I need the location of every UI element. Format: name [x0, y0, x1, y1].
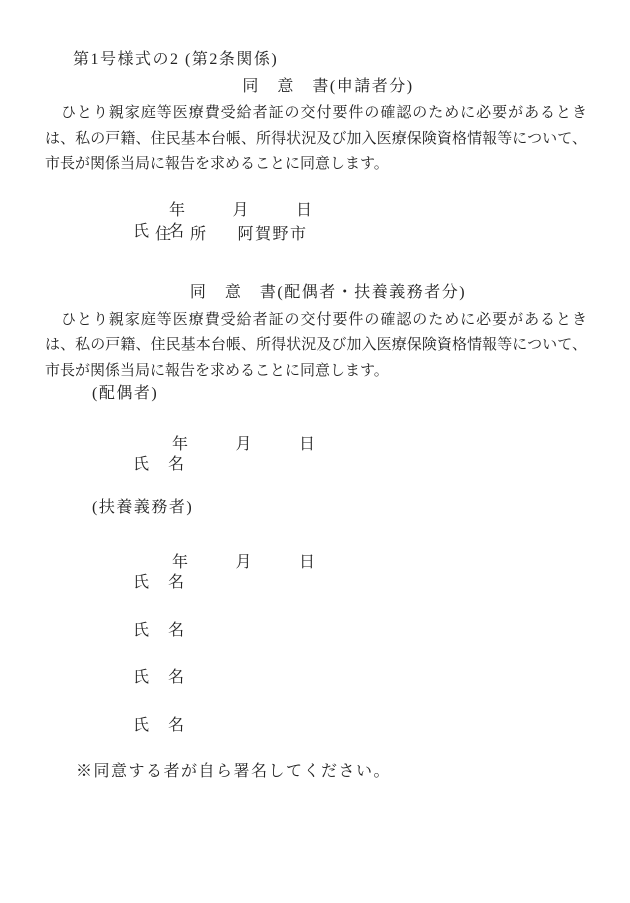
address-value: 阿賀野市 — [238, 226, 308, 243]
dependent-name-label-1: 氏 名 — [133, 570, 186, 596]
applicant-body-line-1: ひとり親家庭等医療費受給者証の交付要件の確認のために必要があるとき — [45, 100, 587, 126]
dependents-heading: (扶養義務者) — [92, 495, 193, 521]
family-section-title: 同 意 書(配偶者・扶養義務者分) — [0, 280, 630, 306]
dependent-name-label-2: 氏 名 — [133, 618, 186, 644]
spouse-heading: (配偶者) — [92, 381, 158, 407]
day-label: 日 — [299, 554, 317, 571]
applicant-body-line-2: は、私の戸籍、住民基本台帳、所得状況及び加入医療保険資格情報等について、 — [45, 126, 587, 152]
year-label: 年 — [172, 554, 190, 571]
applicant-name-label: 氏 名 — [133, 219, 186, 245]
consent-form-page: 第1号様式の2 (第2条関係) 同 意 書(申請者分) ひとり親家庭等医療費受給… — [0, 0, 630, 903]
dependent-name-label-4: 氏 名 — [133, 713, 186, 739]
day-label: 日 — [299, 436, 317, 453]
family-body-line-1: ひとり親家庭等医療費受給者証の交付要件の確認のために必要があるとき — [45, 307, 587, 333]
family-body-line-2: は、私の戸籍、住民基本台帳、所得状況及び加入医療保険資格情報等について、 — [45, 332, 587, 358]
year-label: 年 — [172, 436, 190, 453]
month-label: 月 — [236, 554, 254, 571]
applicant-body-line-3: 市長が関係当局に報告を求めることに同意します。 — [45, 151, 587, 177]
dependent-name-label-3: 氏 名 — [133, 665, 186, 691]
applicant-section-title: 同 意 書(申請者分) — [0, 74, 630, 100]
form-number: 第1号様式の2 (第2条関係) — [73, 47, 278, 73]
month-label: 月 — [236, 436, 254, 453]
signature-footnote: ※同意する者が自ら署名してください。 — [76, 759, 391, 785]
spouse-name-label: 氏 名 — [133, 452, 186, 478]
